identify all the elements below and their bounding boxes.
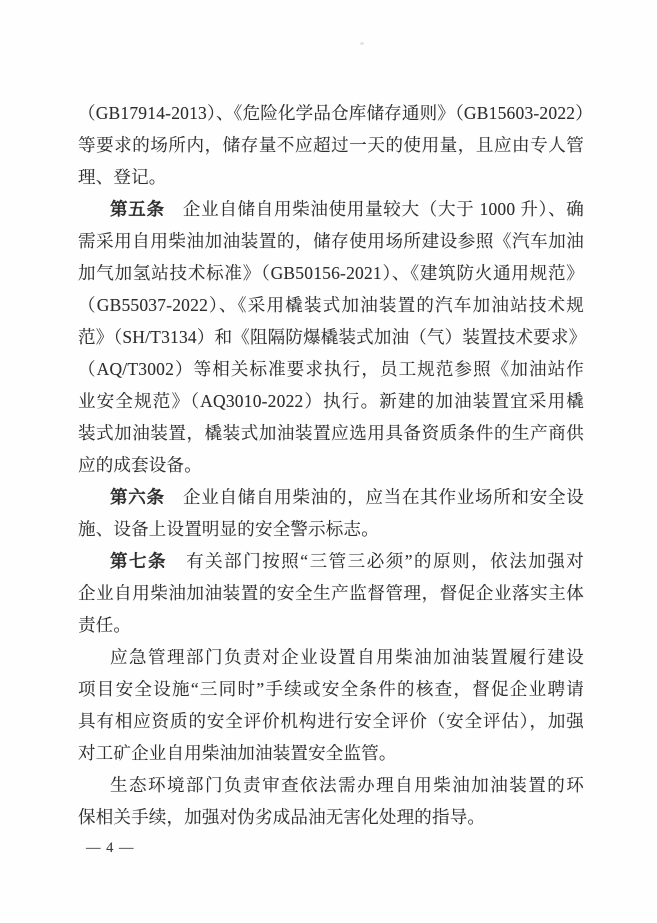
text-line: 加气加氢站技术标准》（GB50156-2021）、《建筑防火通用规范》 xyxy=(78,257,584,289)
text-run: 具有相应资质的安全评价机构进行安全评价（安全评估），加强 xyxy=(78,711,584,731)
text-run: 企业自储自用柴油使用量较大（大于 1000 升）、确 xyxy=(165,199,584,219)
text-run: 装式加油装置，橇装式加油装置应选用具备资质条件的生产商供 xyxy=(78,423,584,443)
text-run: 责任。 xyxy=(78,615,131,635)
text-run: （GB55037-2022）、《采用橇装式加油装置的汽车加油站技术规 xyxy=(78,295,584,315)
text-run: 加气加氢站技术标准》（GB50156-2021）、《建筑防火通用规范》 xyxy=(78,263,584,283)
text-line: 具有相应资质的安全评价机构进行安全评价（安全评估），加强 xyxy=(78,705,584,737)
text-line: （GB17914-2013）、《危险化学品仓库储存通则》（GB15603-202… xyxy=(78,97,584,129)
text-run: 项目安全设施“三同时”手续或安全条件的核查，督促企业聘请 xyxy=(78,679,584,699)
text-run: 业安全规范》（AQ3010-2022）执行。新建的加油装置宜采用橇 xyxy=(78,391,584,411)
text-line: 业安全规范》（AQ3010-2022）执行。新建的加油装置宜采用橇 xyxy=(78,385,584,417)
article-number: 第七条 xyxy=(110,551,167,571)
text-line: 第七条 有关部门按照“三管三必须”的原则，依法加强对 xyxy=(78,545,584,577)
text-line: 等要求的场所内，储存量不应超过一天的使用量，且应由专人管 xyxy=(78,129,584,161)
text-run: 保相关手续，加强对伪劣成品油无害化处理的指导。 xyxy=(78,807,485,827)
text-line: 第五条 企业自储自用柴油使用量较大（大于 1000 升）、确 xyxy=(78,193,584,225)
text-line: 理、登记。 xyxy=(78,161,584,193)
text-line: 范》（SH/T3134）和《阻隔防爆橇装式加油（气）装置技术要求》 xyxy=(78,321,584,353)
document-page: （GB17914-2013）、《危险化学品仓库储存通则》（GB15603-202… xyxy=(0,0,657,923)
text-run: （GB17914-2013）、《危险化学品仓库储存通则》（GB15603-202… xyxy=(78,103,593,123)
text-run: 生态环境部门负责审查依法需办理自用柴油加油装置的环 xyxy=(110,775,584,795)
text-line: 应的成套设备。 xyxy=(78,449,584,481)
text-run: 应的成套设备。 xyxy=(78,455,202,475)
text-run: 企业自储自用柴油的，应当在其作业场所和安全设 xyxy=(165,487,584,507)
text-run: 施、设备上设置明显的安全警示标志。 xyxy=(78,519,379,539)
scan-artifact-speck xyxy=(360,42,364,45)
text-line: 企业自用柴油加油装置的安全生产监督管理，督促企业落实主体 xyxy=(78,577,584,609)
text-run: （AQ/T3002）等相关标准要求执行，员工规范参照《加油站作 xyxy=(78,359,584,379)
text-run: 对工矿企业自用柴油加油装置安全监管。 xyxy=(78,743,397,763)
text-line: （AQ/T3002）等相关标准要求执行，员工规范参照《加油站作 xyxy=(78,353,584,385)
article-number: 第六条 xyxy=(110,487,165,507)
text-line: 生态环境部门负责审查依法需办理自用柴油加油装置的环 xyxy=(78,769,584,801)
text-line: 责任。 xyxy=(78,609,584,641)
text-line: 第六条 企业自储自用柴油的，应当在其作业场所和安全设 xyxy=(78,481,584,513)
text-line: 装式加油装置，橇装式加油装置应选用具备资质条件的生产商供 xyxy=(78,417,584,449)
document-body: （GB17914-2013）、《危险化学品仓库储存通则》（GB15603-202… xyxy=(78,97,584,833)
text-run: 等要求的场所内，储存量不应超过一天的使用量，且应由专人管 xyxy=(78,135,584,155)
text-line: 施、设备上设置明显的安全警示标志。 xyxy=(78,513,584,545)
text-run: 有关部门按照“三管三必须”的原则，依法加强对 xyxy=(167,551,584,571)
text-line: 对工矿企业自用柴油加油装置安全监管。 xyxy=(78,737,584,769)
text-run: 企业自用柴油加油装置的安全生产监督管理，督促企业落实主体 xyxy=(78,583,584,603)
text-run: 范》（SH/T3134）和《阻隔防爆橇装式加油（气）装置技术要求》 xyxy=(78,327,586,347)
article-number: 第五条 xyxy=(110,199,165,219)
text-line: 应急管理部门负责对企业设置自用柴油加油装置履行建设 xyxy=(78,641,584,673)
text-line: （GB55037-2022）、《采用橇装式加油装置的汽车加油站技术规 xyxy=(78,289,584,321)
text-run: 应急管理部门负责对企业设置自用柴油加油装置履行建设 xyxy=(110,647,584,667)
page-number: — 4 — xyxy=(86,840,135,857)
text-line: 需采用自用柴油加油装置的，储存使用场所建设参照《汽车加油 xyxy=(78,225,584,257)
text-line: 保相关手续，加强对伪劣成品油无害化处理的指导。 xyxy=(78,801,584,833)
text-run: 需采用自用柴油加油装置的，储存使用场所建设参照《汽车加油 xyxy=(78,231,584,251)
text-run: 理、登记。 xyxy=(78,167,167,187)
text-line: 项目安全设施“三同时”手续或安全条件的核查，督促企业聘请 xyxy=(78,673,584,705)
